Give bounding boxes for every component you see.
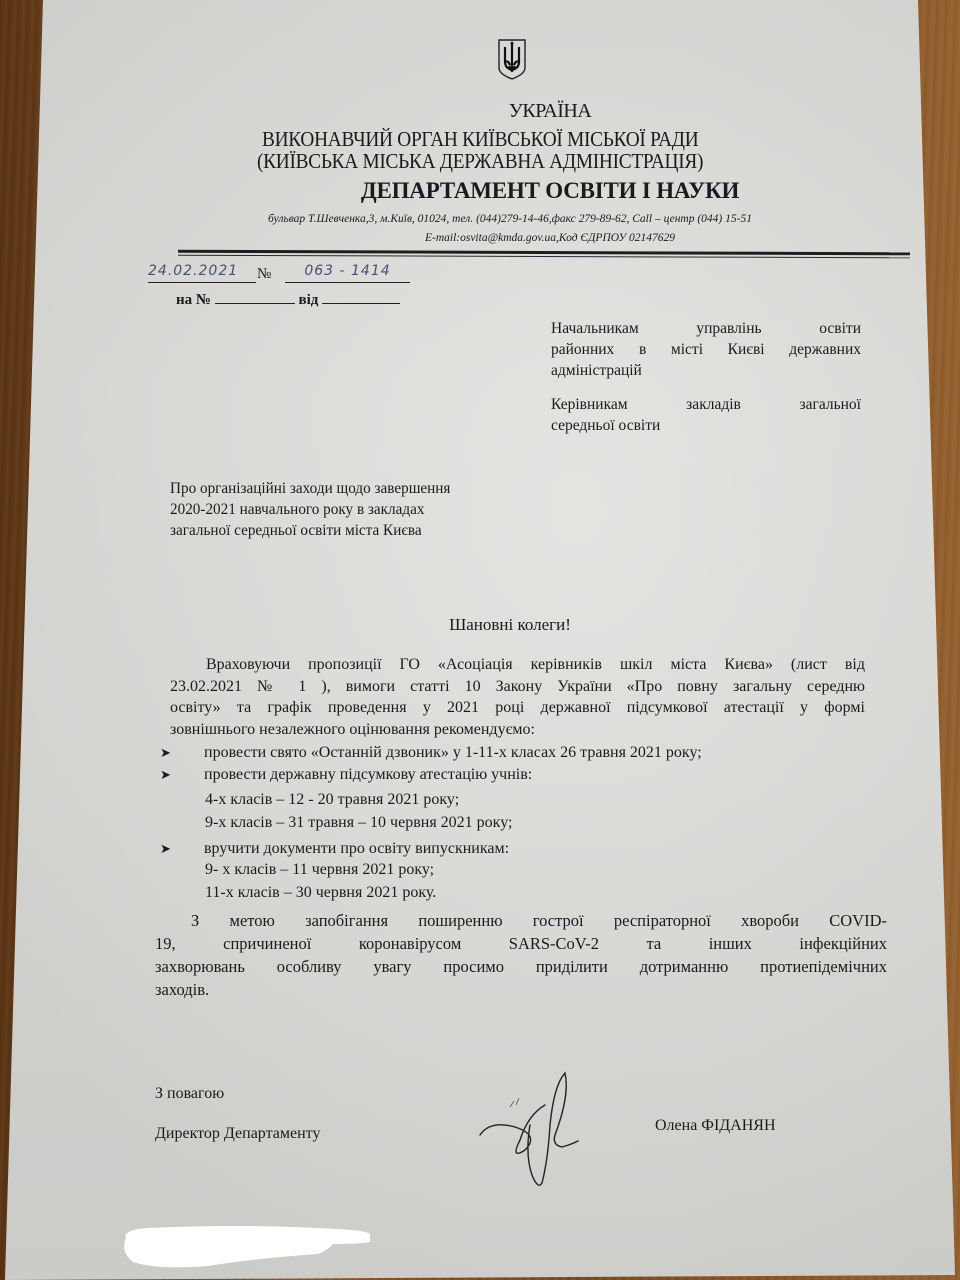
addressee-district-education-heads: Начальникам управлінь освіти районних в … (551, 318, 861, 381)
subject-line: загальної середньої освіти міста Києва (170, 520, 531, 541)
schedule-entry: 11-х класів – 30 червня 2021 року. (205, 884, 436, 902)
reply-reference-line: на № від (176, 289, 400, 309)
signer-position: Директор Департаменту (155, 1125, 320, 1143)
administration-name: (КИЇВСЬКА МІСЬКА ДЕРЖАВНА АДМІНІСТРАЦІЯ) (257, 150, 754, 172)
addressee-line: середньої освіти (551, 415, 861, 436)
paragraph-line: освіту» та графік проведення у 2021 році… (170, 697, 865, 719)
reply-number-label: на № (176, 292, 211, 308)
recommendation-text: провести державну підсумкову атестацію у… (204, 766, 532, 783)
addressee-line: Керівникам закладів загальної (551, 394, 861, 415)
reply-date-blank (322, 289, 400, 304)
paragraph-line: зовнішнього незалежного оцінювання реком… (170, 719, 865, 741)
country-name: УКРАЇНА (250, 100, 850, 122)
closing-phrase: З повагою (155, 1085, 224, 1103)
recommendation-text: вручити документи про освіту випускникам… (204, 840, 509, 857)
paragraph-line: 19, спричиненої коронавірусом SARS-CoV-2… (155, 932, 887, 955)
department-email-code: E-mail:osvita@kmda.gov.ua,Код ЄДРПОУ 021… (250, 232, 850, 244)
redaction-whiteout (118, 1222, 373, 1272)
handwritten-signature-icon (470, 1065, 590, 1200)
department-name: ДЕПАРТАМЕНТ ОСВІТИ І НАУКИ (250, 178, 850, 204)
paragraph-line: захворювань особливу увагу просимо приді… (155, 955, 887, 978)
addressee-line: адміністрацій (551, 360, 861, 381)
outgoing-date-field: 24.02.2021 (148, 262, 256, 283)
paragraph-line: 23.02.2021 № 1 ), вимоги статті 10 Закон… (170, 676, 865, 698)
reply-number-blank (215, 289, 295, 304)
arrowhead-bullet-icon: ➤ (160, 765, 204, 786)
letter-subject: Про організаційні заходи щодо завершення… (170, 478, 531, 541)
recommendation-text: провести свято «Останній дзвоник» у 1-11… (204, 744, 702, 761)
addressee-line: Начальникам управлінь освіти (551, 318, 861, 339)
outgoing-number: 063 - 1414 (304, 263, 390, 279)
outgoing-number-field: 063 - 1414 (285, 262, 410, 283)
subject-line: Про організаційні заходи щодо завершення (170, 478, 531, 499)
addressee-school-heads: Керівникам закладів загальної середньої … (551, 394, 861, 436)
intro-paragraph: Враховуючи пропозиції ГО «Асоціація кері… (170, 654, 865, 740)
schedule-entry: 9-х класів – 31 травня – 10 червня 2021 … (205, 814, 512, 832)
ukraine-coat-of-arms-icon (497, 38, 527, 80)
paragraph-line: заходів. (155, 978, 887, 1001)
signer-name: Олена ФІДАНЯН (655, 1117, 776, 1135)
recommendation-item: ➤провести державну підсумкову атестацію … (160, 764, 532, 786)
addressee-line: районних в місті Києві державних (551, 339, 861, 360)
arrowhead-bullet-icon: ➤ (160, 743, 204, 764)
recommendation-item: ➤вручити документи про освіту випускника… (160, 838, 509, 860)
subject-line: 2020-2021 навчального року в закладах (170, 499, 531, 520)
executive-body-name: ВИКОНАВЧИЙ ОРГАН КИЇВСЬКОЇ МІСЬКОЇ РАДИ (262, 128, 759, 150)
paragraph-line: З метою запобігання поширенню гострої ре… (155, 909, 887, 932)
outgoing-date: 24.02.2021 (148, 263, 238, 279)
covid-precautions-paragraph: З метою запобігання поширенню гострої ре… (155, 909, 887, 1001)
arrowhead-bullet-icon: ➤ (160, 839, 204, 860)
recommendation-item: ➤провести свято «Останній дзвоник» у 1-1… (160, 742, 702, 764)
paragraph-line: Враховуючи пропозиції ГО «Асоціація кері… (170, 654, 865, 676)
salutation: Шановні колеги! (160, 615, 860, 635)
schedule-entry: 9- х класів – 11 червня 2021 року; (205, 861, 434, 879)
department-address: бульвар Т.Шевченка,3, м.Київ, 01024, тел… (180, 213, 840, 225)
schedule-entry: 4-х класів – 12 - 20 травня 2021 року; (205, 791, 459, 809)
number-label: № (257, 266, 271, 283)
reply-from-label: від (298, 292, 318, 308)
